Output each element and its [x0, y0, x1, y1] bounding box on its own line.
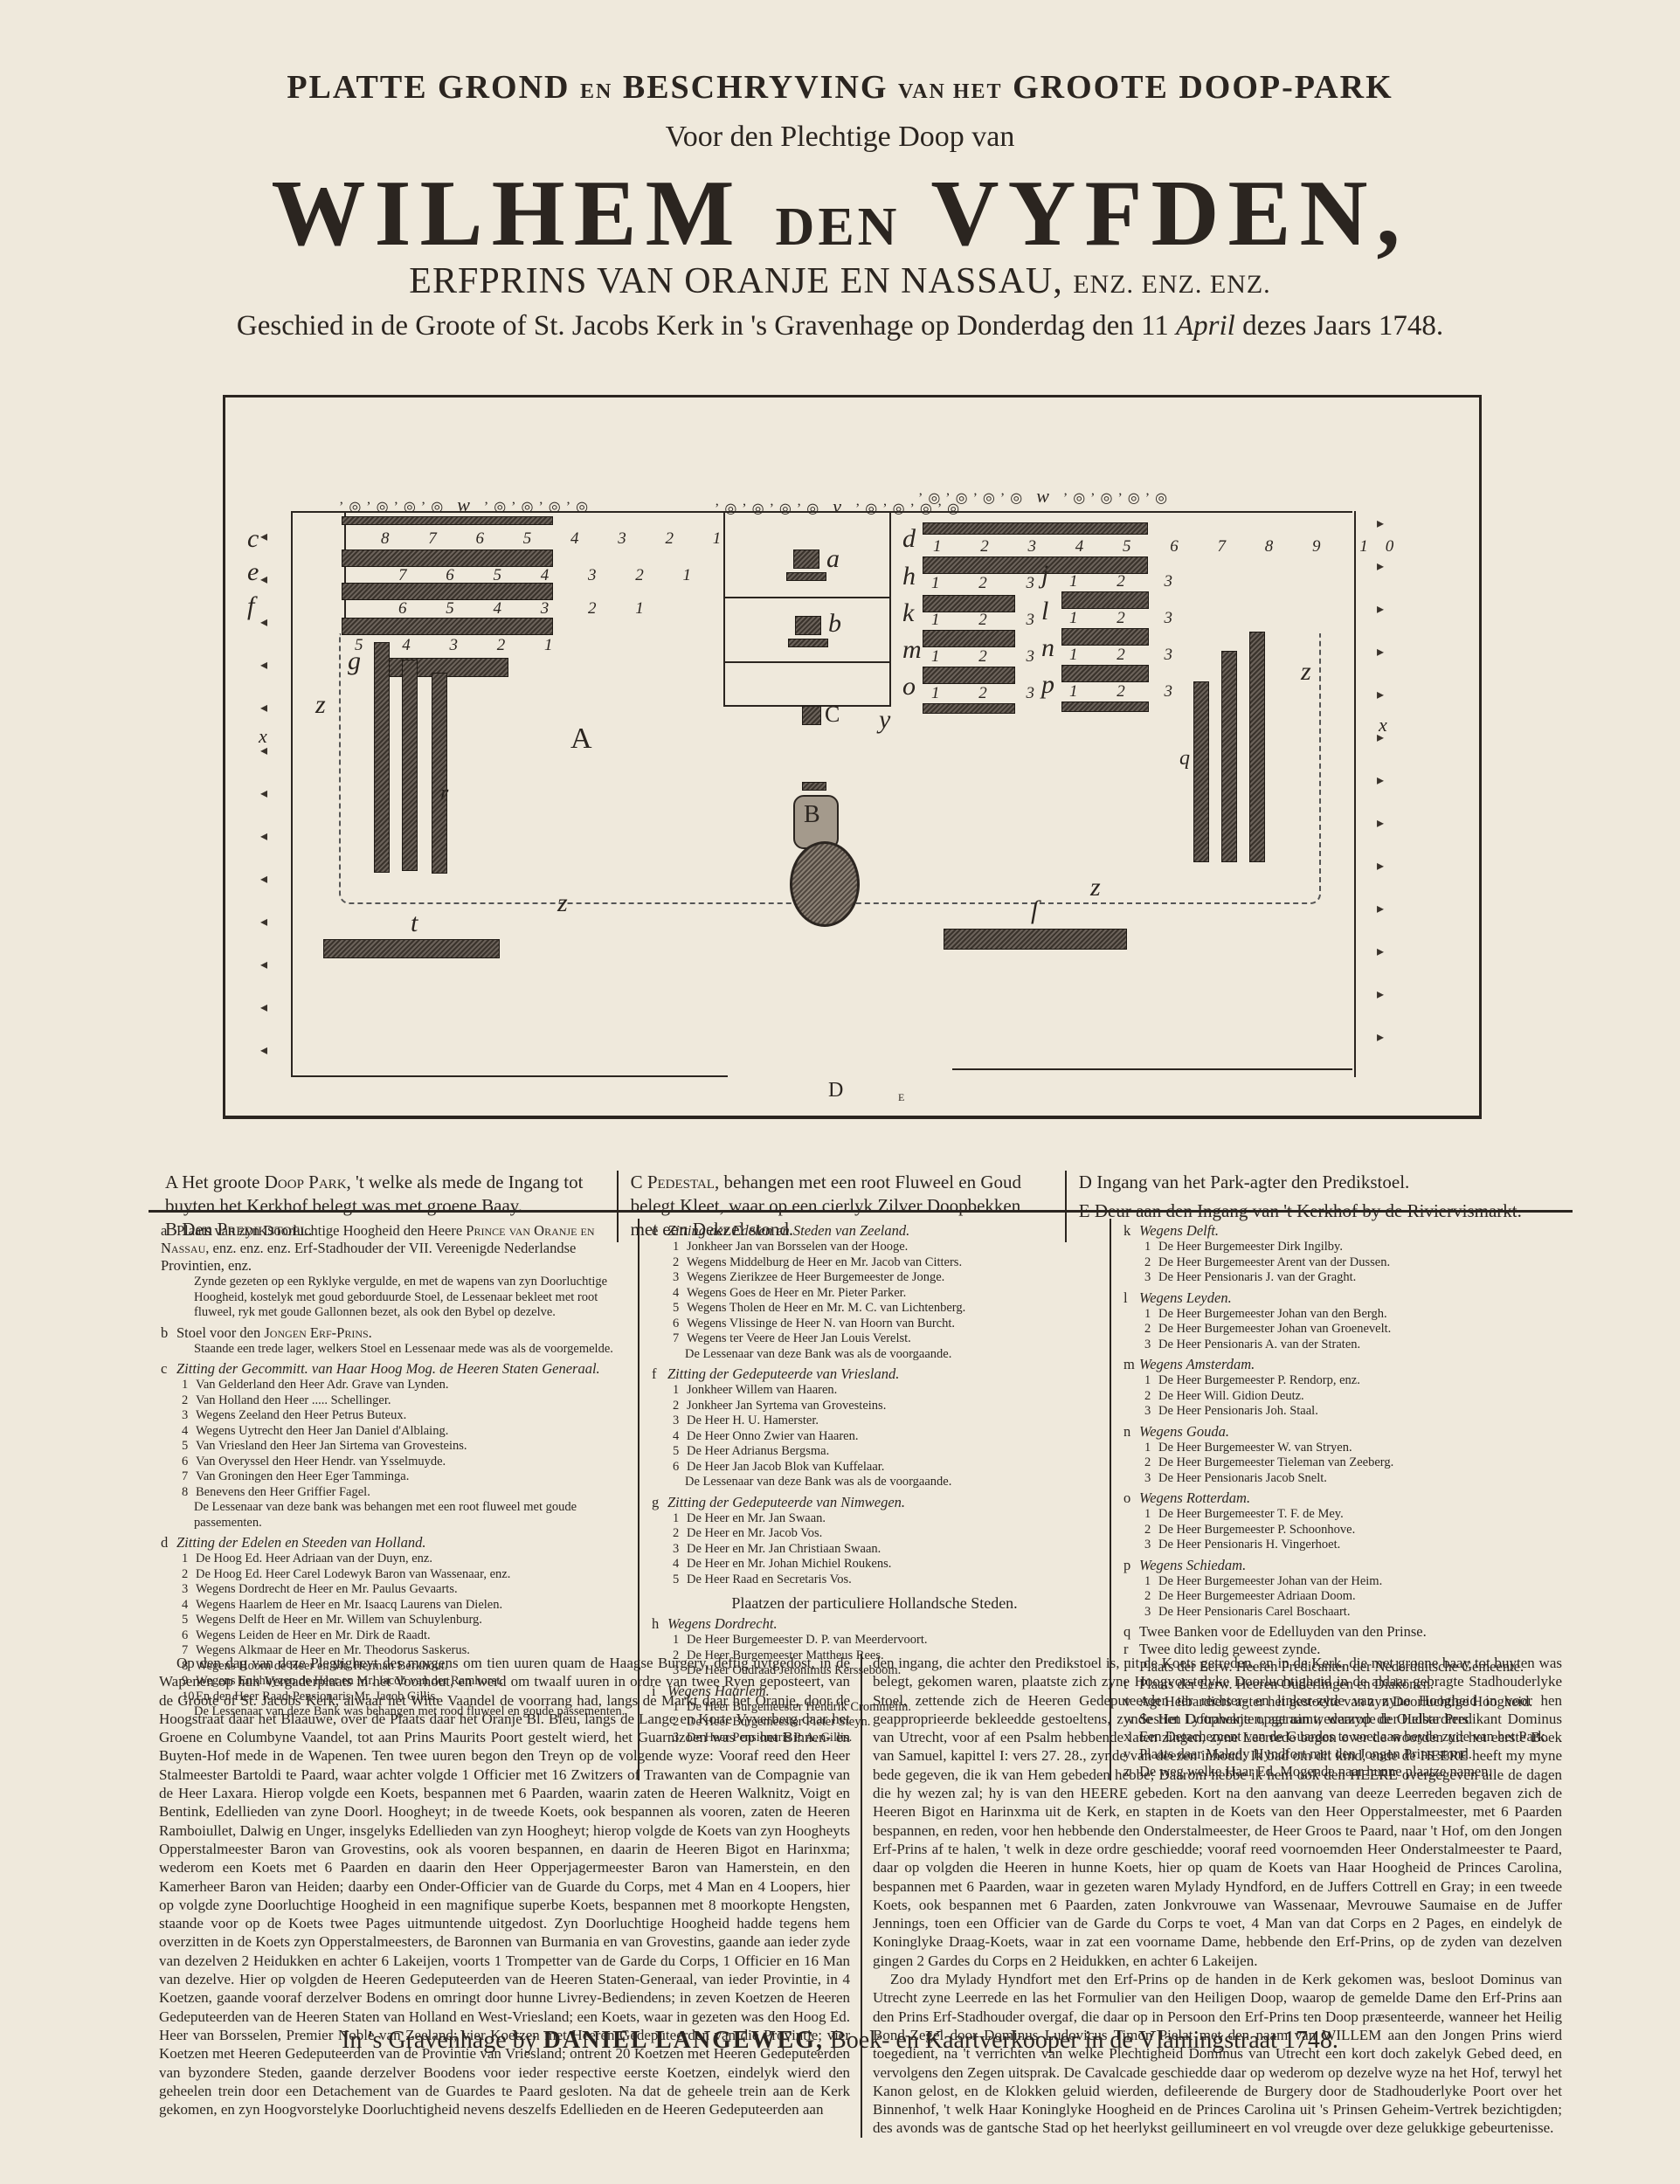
- key-list-item: 6De Heer Jan Jacob Blok van Kuffelaar.: [652, 1460, 1097, 1476]
- row-c-numbers: 8 7 6 5 4 3 2 1: [381, 529, 738, 549]
- row-j-numbers: 1 2 3: [1069, 572, 1190, 591]
- key-list-item: 4Wegens Haarlem de Heer en Mr. Isaacq La…: [161, 1598, 626, 1614]
- key-k: kWegens Delft.: [1123, 1222, 1560, 1240]
- key-o: oWegens Rotterdam.: [1123, 1489, 1560, 1507]
- narrative-right: den ingang, die achter den Predikstoel i…: [861, 1654, 1573, 2138]
- key-e: eZitting der Edelen en Steden van Zeelan…: [652, 1222, 1097, 1240]
- key-list-item: 5Van Vriesland den Heer Jan Sirtema van …: [161, 1439, 626, 1455]
- title-line-1: PLATTE GROND EN BESCHRYVING VAN HET GROO…: [0, 68, 1680, 107]
- key-list-item: 2De Heer Burgemeester Arent van der Duss…: [1123, 1255, 1560, 1271]
- label-A: A: [570, 722, 592, 756]
- row-f-numbers: 6 5 4 3 2 1: [398, 599, 661, 619]
- key-list-item: 6Van Overyssel den Heer Hendr. van Yssel…: [161, 1455, 626, 1470]
- key-list-item: 1De Heer Burgemeester D. P. van Meerderv…: [652, 1633, 1097, 1648]
- pew-h: [923, 595, 1015, 612]
- key-list-item: 1De Hoog Ed. Heer Adriaan van der Duyn, …: [161, 1552, 626, 1567]
- floor-plan: c e f 8 7 6 5 4 3 2 1 7 6 5 4 3 2 1 6 5 …: [223, 395, 1482, 1119]
- key-list-item: 1Van Gelderland den Heer Adr. Grave van …: [161, 1378, 626, 1393]
- key-m: mWegens Amsterdam.: [1123, 1356, 1560, 1373]
- key-c: cZitting der Gecommitt. van Haar Hoog Mo…: [161, 1360, 626, 1378]
- row-h-numbers: 1 2 3: [931, 574, 1052, 593]
- key-list-item: 5Wegens Tholen de Heer en Mr. M. C. van …: [652, 1301, 1097, 1317]
- title-platte-grond: PLATTE GROND: [287, 69, 570, 106]
- key-p-items: 1De Heer Burgemeester Johan van der Heim…: [1123, 1574, 1560, 1621]
- key-c-items: 1Van Gelderland den Heer Adr. Grave van …: [161, 1378, 626, 1500]
- pew-q-3: [1249, 632, 1265, 862]
- key-misc-item: qTwee Banken voor de Edelluyden van den …: [1123, 1623, 1560, 1641]
- key-e-items: 1Jonkheer Jan van Borsselen van der Hoog…: [652, 1240, 1097, 1347]
- key-list-item: 1De Heer Burgemeester Johan van der Heim…: [1123, 1574, 1560, 1590]
- key-list-item: 5De Heer Adrianus Bergsma.: [652, 1444, 1097, 1460]
- key-f-items: 1Jonkheer Willem van Haaren.2Jonkheer Ja…: [652, 1383, 1097, 1475]
- key-m-items: 1De Heer Burgemeester P. Rendorp, enz.2D…: [1123, 1373, 1560, 1420]
- title-en: EN: [580, 80, 612, 103]
- label-E: E: [898, 1091, 904, 1104]
- pedestal-icon: [802, 706, 821, 725]
- label-k: k: [902, 598, 914, 628]
- key-l: lWegens Leyden.: [1123, 1289, 1560, 1307]
- label-z-bottom-left: z: [557, 888, 568, 918]
- title-enz: ENZ. ENZ. ENZ.: [1073, 270, 1270, 299]
- title-main: WILHEM DEN VYFDEN,: [0, 166, 1680, 275]
- label-t: t: [411, 909, 418, 938]
- chair-b-icon: [795, 616, 821, 635]
- legend-D: D Ingang van het Park-agter den Predikst…: [1079, 1171, 1552, 1194]
- key-list-item: 3De Heer H. U. Hamerster.: [652, 1413, 1097, 1429]
- key-g-items: 1De Heer en Mr. Jan Swaan.2De Heer en Mr…: [652, 1511, 1097, 1588]
- key-list-item: 5De Heer Raad en Secretaris Vos.: [652, 1572, 1097, 1588]
- label-x-right: x: [1379, 714, 1387, 736]
- key-list-item: 1De Heer Burgemeester T. F. de Mey.: [1123, 1507, 1560, 1523]
- key-list-item: 3Wegens Zeeland den Heer Petrus Buteux.: [161, 1408, 626, 1424]
- imprint: In 's Gravenhage by DANIEL LANGEWEG, Boe…: [0, 2027, 1680, 2055]
- key-list-item: 4Wegens Uytrecht den Heer Jan Daniel d'A…: [161, 1424, 626, 1440]
- label-a: a: [826, 544, 840, 574]
- key-p: pWegens Schiedam.: [1123, 1557, 1560, 1574]
- label-w: w: [457, 494, 475, 515]
- key-b-note: Staande een trede lager, welkers Stoel e…: [161, 1342, 626, 1358]
- title-date-a: Geschied in de Groote of St. Jacobs Kerk…: [237, 310, 1169, 342]
- imprint-publisher: DANIEL LANGEWEG,: [543, 2027, 824, 2054]
- label-q: q: [1179, 747, 1190, 771]
- pew-q-1: [1193, 681, 1209, 862]
- key-list-item: 3De Heer Pensionaris Joh. Staal.: [1123, 1404, 1560, 1420]
- key-list-item: 2Jonkheer Jan Syrtema van Grovesteins.: [652, 1399, 1097, 1414]
- key-list-item: 6Wegens Vlissinge de Heer N. van Hoorn v…: [652, 1317, 1097, 1332]
- title-line-5: Geschied in de Groote of St. Jacobs Kerk…: [0, 310, 1680, 342]
- label-z-right: z: [1301, 657, 1311, 687]
- title-line-4: ERFPRINS VAN ORANJE EN NASSAU, ENZ. ENZ.…: [0, 260, 1680, 302]
- label-D: D: [828, 1079, 843, 1102]
- imprint-place: In 's Gravenhage by: [342, 2027, 537, 2054]
- pew-s: [944, 929, 1127, 950]
- key-list-item: 2De Heer Burgemeester Tieleman van Zeebe…: [1123, 1455, 1560, 1471]
- label-s: ſ: [1031, 895, 1038, 925]
- key-list-item: 4De Heer en Mr. Johan Michiel Roukens.: [652, 1557, 1097, 1572]
- key-list-item: 3De Heer Pensionaris Carel Boschaart.: [1123, 1605, 1560, 1621]
- title-vyfden: VYFDEN,: [931, 162, 1409, 266]
- title-beschryving: BESCHRYVING: [623, 69, 888, 106]
- key-list-item: 1De Heer en Mr. Jan Swaan.: [652, 1511, 1097, 1527]
- key-n: nWegens Gouda.: [1123, 1423, 1560, 1441]
- park-bottom-right: [952, 1068, 1352, 1070]
- title-doop-park: GROOTE DOOP-PARK: [1013, 69, 1393, 106]
- narrative-left: Op den dag van deze Plegtigheyt des morg…: [149, 1654, 861, 2138]
- label-h: h: [902, 562, 916, 591]
- key-list-item: 2Van Holland den Heer ..... Schellinger.: [161, 1393, 626, 1409]
- guards-w-left: ʼ◎ʼ◎ʼ◎ʼ◎ w ʼ◎ʼ◎ʼ◎ʼ◎: [339, 494, 593, 516]
- key-list-item: 2De Heer Burgemeester Johan van Groeneve…: [1123, 1322, 1560, 1337]
- sounding-board-icon: [790, 841, 860, 927]
- label-d: d: [902, 524, 916, 554]
- key-list-item: 7Wegens ter Veere de Heer Jan Louis Vere…: [652, 1331, 1097, 1347]
- key-list-item: 8Benevens den Heer Griffier Fagel.: [161, 1485, 626, 1501]
- narrative-right-text-1: den ingang, die achter den Predikstoel i…: [873, 1654, 1562, 1970]
- key-list-item: 1De Heer Burgemeester Johan van den Berg…: [1123, 1307, 1560, 1323]
- key-list-item: 7Van Groningen den Heer Eger Tamminga.: [161, 1469, 626, 1485]
- label-c: c: [247, 524, 259, 554]
- park-bottom-left: [291, 1075, 728, 1077]
- key-list-item: 2De Heer Will. Gidion Deutz.: [1123, 1389, 1560, 1405]
- pew-j: [1061, 591, 1149, 609]
- key-g: gZitting der Gedeputeerde van Nimwegen.: [652, 1494, 1097, 1511]
- key-list-item: 6Wegens Leiden de Heer en Mr. Dirk de Ra…: [161, 1628, 626, 1644]
- label-z-bottom-right: z: [1090, 873, 1101, 902]
- key-list-item: 3Wegens Zierikzee de Heer Burgemeester d…: [652, 1270, 1097, 1286]
- key-o-items: 1De Heer Burgemeester T. F. de Mey.2De H…: [1123, 1507, 1560, 1553]
- key-n-items: 1De Heer Burgemeester W. van Stryen.2De …: [1123, 1441, 1560, 1487]
- pew-t: [323, 939, 500, 958]
- key-list-item: 5Wegens Delft de Heer en Mr. Willem van …: [161, 1613, 626, 1628]
- key-list-item: 1Jonkheer Jan van Borsselen van der Hoog…: [652, 1240, 1097, 1255]
- key-f-note: De Lessenaar van deze Bank was als de vo…: [652, 1475, 1097, 1490]
- pew-f-back: [342, 583, 553, 600]
- pulpit-step-icon: [802, 782, 826, 791]
- key-d: dZitting der Edelen en Steeden van Holla…: [161, 1534, 626, 1552]
- key-c-note: De Lessenaar van deze bank was behangen …: [161, 1500, 626, 1531]
- key-f: fZitting der Gedeputeerde van Vriesland.: [652, 1365, 1097, 1383]
- narrative: Op den dag van deze Plegtigheyt des morg…: [149, 1654, 1573, 2138]
- title-date-april: April: [1176, 310, 1235, 342]
- key-k-items: 1De Heer Burgemeester Dirk Ingilby.2De H…: [1123, 1240, 1560, 1286]
- title-date-c: dezes Jaars 1748.: [1242, 310, 1443, 342]
- key-list-item: 3De Heer Pensionaris H. Vingerhoet.: [1123, 1538, 1560, 1553]
- pew-d-front: [923, 556, 1148, 574]
- key-l-items: 1De Heer Burgemeester Johan van den Berg…: [1123, 1307, 1560, 1353]
- label-C: C: [825, 702, 840, 728]
- key-subheading: Plaatzen der particuliere Hollandsche St…: [652, 1594, 1097, 1612]
- key-b: bStoel voor den Jongen Erf-Prins.: [161, 1324, 626, 1342]
- legend-divider: [149, 1210, 1573, 1213]
- title-van-het: VAN HET: [898, 80, 1003, 103]
- key-list-item: 4Wegens Goes de Heer en Mr. Pieter Parke…: [652, 1286, 1097, 1302]
- label-e: e: [247, 557, 259, 587]
- key-list-item: 1De Heer Burgemeester W. van Stryen.: [1123, 1441, 1560, 1456]
- key-list-item: 2De Hoog Ed. Heer Carel Lodewyk Baron va…: [161, 1567, 626, 1583]
- pew-r-1: [374, 642, 390, 873]
- key-a: aPlaats van zyn Doorluchtige Hoogheid de…: [161, 1222, 626, 1275]
- row-e-numbers: 7 6 5 4 3 2 1: [398, 566, 709, 585]
- label-r: r: [440, 782, 448, 805]
- key-list-item: 1De Heer Burgemeester Dirk Ingilby.: [1123, 1240, 1560, 1255]
- key-list-item: 2Wegens Middelburg de Heer en Mr. Jacob …: [652, 1255, 1097, 1271]
- guards-x-right: ▸▸▸▸▸▸▸▸▸▸▸▸▸: [1377, 502, 1384, 1059]
- guards-x-left: ◂◂◂◂◂◂◂◂◂◂◂◂◂: [260, 515, 267, 1072]
- title-erfprins: ERFPRINS VAN ORANJE EN NASSAU,: [409, 261, 1062, 301]
- key-list-item: 1Jonkheer Willem van Haaren.: [652, 1383, 1097, 1399]
- title-den: DEN: [776, 197, 901, 257]
- row-k-numbers: 1 2 3: [931, 611, 1052, 630]
- key-list-item: 4De Heer Onno Zwier van Haaren.: [652, 1429, 1097, 1445]
- label-f: f: [247, 591, 254, 621]
- pew-r-3: [432, 673, 447, 874]
- pew-e-back: [342, 549, 553, 567]
- pew-d-back: [923, 522, 1148, 535]
- key-list-item: 3De Heer Pensionaris J. van der Graght.: [1123, 1270, 1560, 1286]
- pew-r-2: [402, 660, 418, 871]
- key-list-item: 3Wegens Dordrecht de Heer en Mr. Paulus …: [161, 1582, 626, 1598]
- key-list-item: 1De Heer Burgemeester P. Rendorp, enz.: [1123, 1373, 1560, 1389]
- pew-c-back: [342, 516, 553, 525]
- label-z-left: z: [315, 690, 326, 720]
- chair-a-icon: [793, 549, 819, 569]
- label-B: B: [804, 801, 820, 829]
- key-e-note: De Lessenaar van deze Bank was als de vo…: [652, 1347, 1097, 1363]
- key-list-item: 2De Heer Burgemeester Adriaan Doom.: [1123, 1589, 1560, 1605]
- row-l-numbers: 1 2 3: [1069, 609, 1190, 628]
- key-a-note: Zynde gezeten op een Ryklyke vergulde, e…: [161, 1275, 626, 1321]
- key-list-item: 2De Heer Burgemeester P. Schoonhove.: [1123, 1523, 1560, 1538]
- throne-divider-1: [725, 597, 889, 598]
- key-list-item: 3De Heer en Mr. Jan Christiaan Swaan.: [652, 1542, 1097, 1558]
- imprint-address: Boek- en Kaartverkooper in de Vlamingstr…: [830, 2027, 1338, 2054]
- guards-w-right: ʼ◎ʼ◎ʼ◎ʼ◎ w ʼ◎ʼ◎ʼ◎ʼ◎: [918, 485, 1172, 508]
- pew-f-front: [342, 618, 553, 635]
- key-h: hWegens Dordrecht.: [652, 1615, 1097, 1633]
- pew-q-2: [1221, 651, 1237, 862]
- key-list-item: 2De Heer en Mr. Jacob Vos.: [652, 1526, 1097, 1542]
- title-line-2: Voor den Plechtige Doop van: [0, 121, 1680, 154]
- left-block-edge: [344, 511, 346, 633]
- title-wilhem: WILHEM: [272, 162, 743, 266]
- row-d-numbers: 1 2 3 4 5 6 7 8 9 10: [933, 537, 1411, 556]
- label-x-left: x: [259, 725, 267, 748]
- key-list-item: 3De Heer Pensionaris Jacob Snelt.: [1123, 1471, 1560, 1487]
- lectern-a-icon: [786, 572, 826, 581]
- key-list-item: 3De Heer Pensionaris A. van der Straten.: [1123, 1337, 1560, 1353]
